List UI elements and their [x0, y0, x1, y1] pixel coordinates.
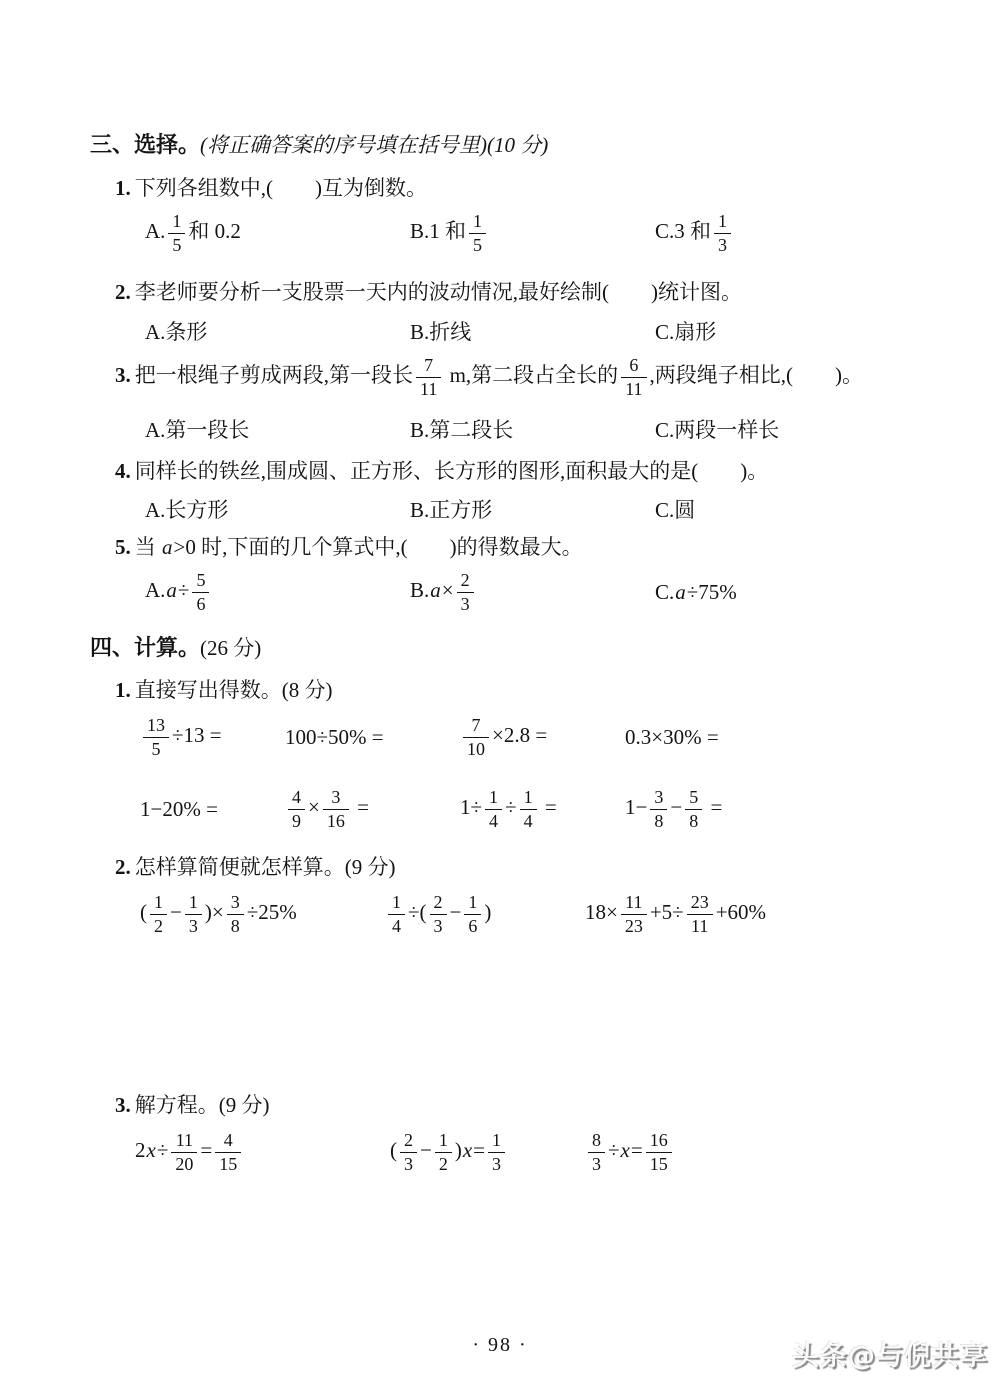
section3-heading: 三、选择。(将正确答案的序号填在括号里)(10 分)	[90, 130, 950, 161]
question-stem: 5.当 a>0 时,下面的几个算式中,( )的得数最大。	[115, 532, 950, 562]
math-expression: (12−13)×38÷25%	[140, 893, 385, 936]
fraction: 711	[416, 356, 441, 399]
option-a: A.第一段长	[145, 414, 410, 444]
math-expression: 1−20% =	[140, 797, 285, 822]
question-text: 李老师要分析一支股票一天内的波动情况,最好绘制( )统计图。	[135, 280, 742, 304]
option-c: C.扇形	[655, 316, 950, 346]
math-expression: 1−38−58 =	[625, 788, 950, 831]
option-b: B.第二段长	[410, 414, 655, 444]
question-5: 5.当 a>0 时,下面的几个算式中,( )的得数最大。 A.a÷56 B.a×…	[115, 532, 950, 618]
fraction: 12	[435, 1131, 452, 1174]
math-expression: 49×316 =	[285, 788, 460, 831]
option-c: C.两段一样长	[655, 414, 950, 444]
section3-title: 三、选择。	[90, 132, 200, 157]
fraction: 1120	[171, 1131, 197, 1174]
math-variable: x	[620, 1138, 631, 1162]
equations-row: 2x÷1120=415 (23−12)x=13 83÷x=1615	[135, 1127, 950, 1179]
option-b: B.折线	[410, 316, 655, 346]
question-stem: 2.李老师要分析一支股票一天内的波动情况,最好绘制( )统计图。	[115, 277, 950, 307]
math-variable: x	[462, 1138, 473, 1162]
fraction: 16	[464, 893, 481, 936]
fraction: 23	[430, 893, 447, 936]
options-row: A.15和 0.2 B.1 和15 C.3 和13	[145, 207, 950, 259]
watermark: 头条@与倪共享	[792, 1334, 988, 1373]
blank-workspace	[90, 940, 950, 1090]
math-expression: 135÷13 =	[140, 716, 285, 759]
fraction: 58	[685, 788, 702, 831]
option-a: A.长方形	[145, 494, 410, 524]
question-text: 同样长的铁丝,围成圆、正方形、长方形的图形,面积最大的是( )。	[135, 459, 768, 483]
math-expression: 1÷14÷14 =	[460, 788, 625, 831]
fraction: 13	[488, 1131, 505, 1174]
option-b: B.1 和15	[410, 212, 655, 255]
sub-question-text: 怎样算简便就怎样算。(9 分)	[135, 855, 396, 879]
option-c: C.圆	[655, 494, 950, 524]
question-4: 4.同样长的铁丝,围成圆、正方形、长方形的图形,面积最大的是( )。 A.长方形…	[115, 456, 950, 524]
calc-sub2-heading: 2.怎样算简便就怎样算。(9 分)	[115, 852, 950, 882]
math-variable: a	[161, 535, 174, 559]
options-row: A.条形 B.折线 C.扇形	[145, 316, 950, 346]
worksheet-page: { "section3": { "title": "三、选择。", "note"…	[0, 0, 1000, 1387]
fraction: 710	[463, 716, 489, 759]
fraction: 13	[714, 212, 731, 255]
fraction: 23	[400, 1131, 417, 1174]
math-variable: x	[146, 1138, 157, 1162]
question-number: 4.	[115, 459, 131, 483]
option-a: A.条形	[145, 316, 410, 346]
option-c: C.3 和13	[655, 212, 950, 255]
question-stem: 4.同样长的铁丝,围成圆、正方形、长方形的图形,面积最大的是( )。	[115, 456, 950, 486]
math-expression: 0.3×30% =	[625, 725, 950, 750]
mental-math-row-2: 1−20% = 49×316 = 1÷14÷14 = 1−38−58 =	[140, 784, 950, 836]
question-number: 1.	[115, 176, 131, 200]
section4-note: (26 分)	[200, 636, 261, 660]
math-expression: 710×2.8 =	[460, 716, 625, 759]
mental-math-row-1: 135÷13 = 100÷50% = 710×2.8 = 0.3×30% =	[140, 712, 950, 764]
question-number: 2.	[115, 280, 131, 304]
fraction: 15	[168, 212, 185, 255]
math-expression: 83÷x=1615	[585, 1131, 950, 1174]
question-stem: 1.下列各组数中,( )互为倒数。	[115, 173, 950, 203]
option-a: A.a÷56	[145, 571, 410, 614]
question-text: 当 a>0 时,下面的几个算式中,( )的得数最大。	[135, 535, 583, 559]
question-number: 3.	[115, 363, 131, 387]
fraction: 1123	[621, 893, 647, 936]
fraction: 12	[150, 893, 167, 936]
fraction: 13	[185, 893, 202, 936]
question-text: 把一根绳子剪成两段,第一段长711 m,第二段占全长的611,两段绳子相比,( …	[135, 363, 863, 387]
fraction: 1615	[646, 1131, 672, 1174]
options-row: A.长方形 B.正方形 C.圆	[145, 494, 950, 524]
fraction: 415	[215, 1131, 241, 1174]
sub-question-number: 3.	[115, 1093, 131, 1117]
calc-sub3-heading: 3.解方程。(9 分)	[115, 1090, 950, 1120]
fraction: 15	[469, 212, 486, 255]
fraction: 56	[192, 571, 209, 614]
question-1: 1.下列各组数中,( )互为倒数。 A.15和 0.2 B.1 和15 C.3 …	[115, 173, 950, 259]
page-content: 三、选择。(将正确答案的序号填在括号里)(10 分) 1.下列各组数中,( )互…	[90, 130, 950, 1179]
section4-heading: 四、计算。(26 分)	[90, 633, 950, 664]
question-2: 2.李老师要分析一支股票一天内的波动情况,最好绘制( )统计图。 A.条形 B.…	[115, 277, 950, 345]
fraction: 135	[143, 716, 169, 759]
option-a: A.15和 0.2	[145, 212, 410, 255]
options-row: A.第一段长 B.第二段长 C.两段一样长	[145, 414, 950, 444]
sub-question-number: 1.	[115, 678, 131, 702]
math-expression: (23−12)x=13	[390, 1131, 585, 1174]
sub-question-text: 解方程。(9 分)	[135, 1093, 270, 1117]
fraction: 23	[457, 571, 474, 614]
fraction: 611	[621, 356, 646, 399]
calc-sub1-heading: 1.直接写出得数。(8 分)	[115, 675, 950, 705]
fraction: 49	[288, 788, 305, 831]
math-expression: 2x÷1120=415	[135, 1131, 390, 1174]
math-variable: a	[165, 578, 178, 602]
section4-title: 四、计算。	[90, 635, 200, 660]
fraction: 83	[588, 1131, 605, 1174]
math-expression: 18×1123+5÷2311+60%	[585, 893, 950, 936]
question-3: 3.把一根绳子剪成两段,第一段长711 m,第二段占全长的611,两段绳子相比,…	[115, 356, 950, 444]
options-row: A.a÷56 B.a×23 C.a÷75%	[145, 567, 950, 619]
fraction: 316	[323, 788, 349, 831]
fraction: 38	[227, 893, 244, 936]
fraction: 14	[388, 893, 405, 936]
sub-question-text: 直接写出得数。(8 分)	[135, 678, 333, 702]
section3-note: (将正确答案的序号填在括号里)(10 分)	[200, 133, 548, 157]
option-b: B.正方形	[410, 494, 655, 524]
math-variable: a	[429, 578, 442, 602]
question-text: 下列各组数中,( )互为倒数。	[135, 176, 427, 200]
fraction: 2311	[687, 893, 713, 936]
math-expression: 100÷50% =	[285, 725, 460, 750]
fraction: 14	[485, 788, 502, 831]
fraction: 14	[520, 788, 537, 831]
fraction: 38	[650, 788, 667, 831]
simplify-row: (12−13)×38÷25% 14÷(23−16) 18×1123+5÷2311…	[140, 888, 950, 940]
math-expression: 14÷(23−16)	[385, 893, 585, 936]
question-number: 5.	[115, 535, 131, 559]
question-stem: 3.把一根绳子剪成两段,第一段长711 m,第二段占全长的611,两段绳子相比,…	[115, 356, 950, 408]
math-variable: a	[674, 580, 687, 604]
option-c: C.a÷75%	[655, 580, 950, 605]
option-b: B.a×23	[410, 571, 655, 614]
sub-question-number: 2.	[115, 855, 131, 879]
